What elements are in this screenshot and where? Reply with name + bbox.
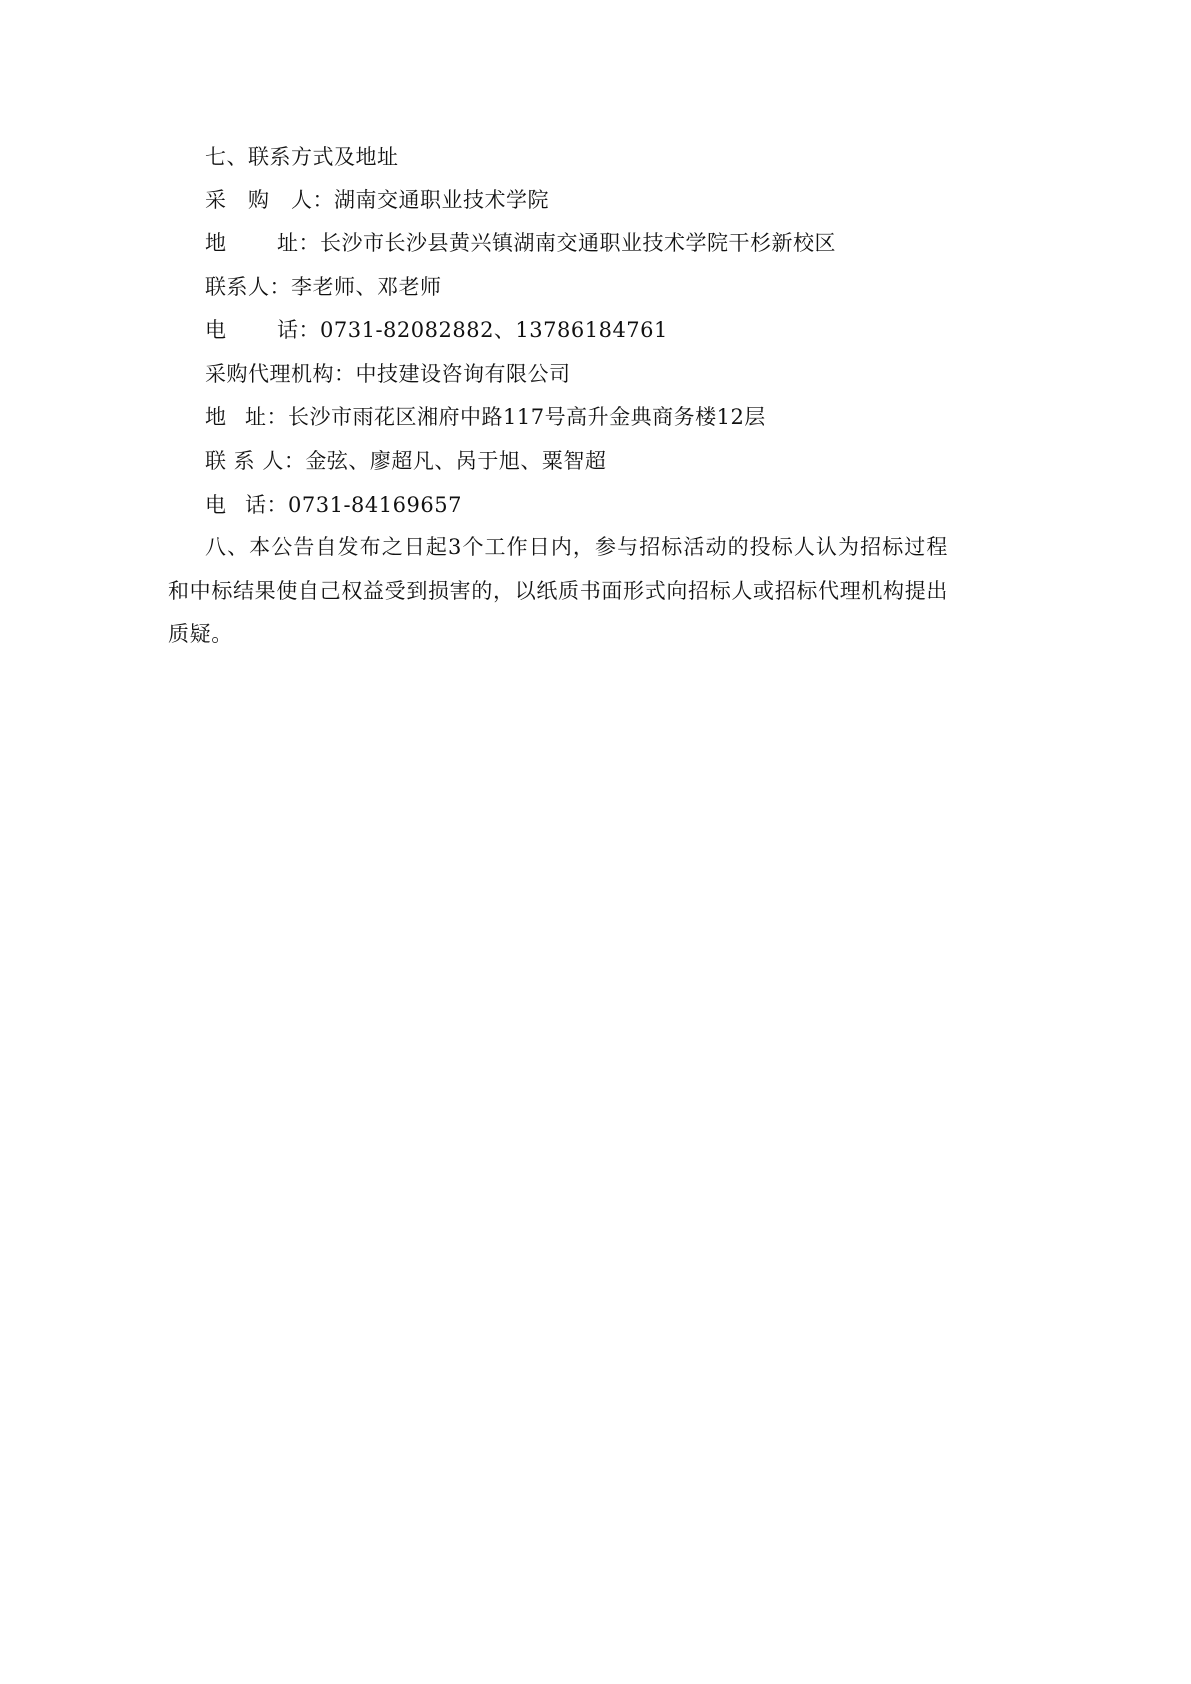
agency-contact-value: 金弦、廖超凡、呙于旭、粟智超 [305,449,606,473]
phone-label-start: 电 [205,316,277,344]
phone-label-end: 话： [245,493,288,517]
address-label-end: 址： [277,231,320,255]
agency-phone-line: 电话：0731-84169657 [205,491,462,519]
purchaser-phone-line: 电话：0731-82082882、13786184761 [205,316,668,344]
agency-line: 采购代理机构：中技建设咨询有限公司 [205,360,571,388]
purchaser-phone-value: 0731-82082882、13786184761 [320,318,668,342]
purchaser-address-value: 长沙市长沙县黄兴镇湖南交通职业技术学院干杉新校区 [320,231,836,255]
address-label-start: 地 [205,229,277,257]
agency-address-line: 地址：长沙市雨花区湘府中路117号高升金典商务楼12层 [205,403,766,431]
agency-contact-line: 联 系 人：金弦、廖超凡、呙于旭、粟智超 [205,447,606,475]
heading-text: 七、联系方式及地址 [205,145,399,169]
purchaser-value: 湖南交通职业技术学院 [334,188,549,212]
agency-address-value: 长沙市雨花区湘府中路117号高升金典商务楼12层 [288,405,766,429]
purchaser-line: 采 购 人：湖南交通职业技术学院 [205,186,549,214]
document-page: 七、联系方式及地址 采 购 人：湖南交通职业技术学院 地址：长沙市长沙县黄兴镇湖… [0,0,1191,1684]
contact-label: 联 系 人： [205,449,305,473]
purchaser-contact-line: 联系人：李老师、邓老师 [205,273,442,301]
agency-phone-value: 0731-84169657 [288,493,462,517]
section7-heading: 七、联系方式及地址 [205,143,399,171]
purchaser-address-line: 地址：长沙市长沙县黄兴镇湖南交通职业技术学院干杉新校区 [205,229,836,257]
agency-label: 采购代理机构： [205,362,356,386]
purchaser-contact-value: 李老师、邓老师 [291,275,442,299]
section8-paragraph: 八、本公告自发布之日起3个工作日内，参与招标活动的投标人认为招标过程和中标结果使… [168,526,948,657]
phone-label-end: 话： [277,318,320,342]
contact-label: 联系人： [205,275,291,299]
address-label-start: 地 [205,403,245,431]
address-label-end: 址： [245,405,288,429]
purchaser-label: 采 购 人： [205,188,334,212]
phone-label-start: 电 [205,491,245,519]
agency-value: 中技建设咨询有限公司 [356,362,571,386]
